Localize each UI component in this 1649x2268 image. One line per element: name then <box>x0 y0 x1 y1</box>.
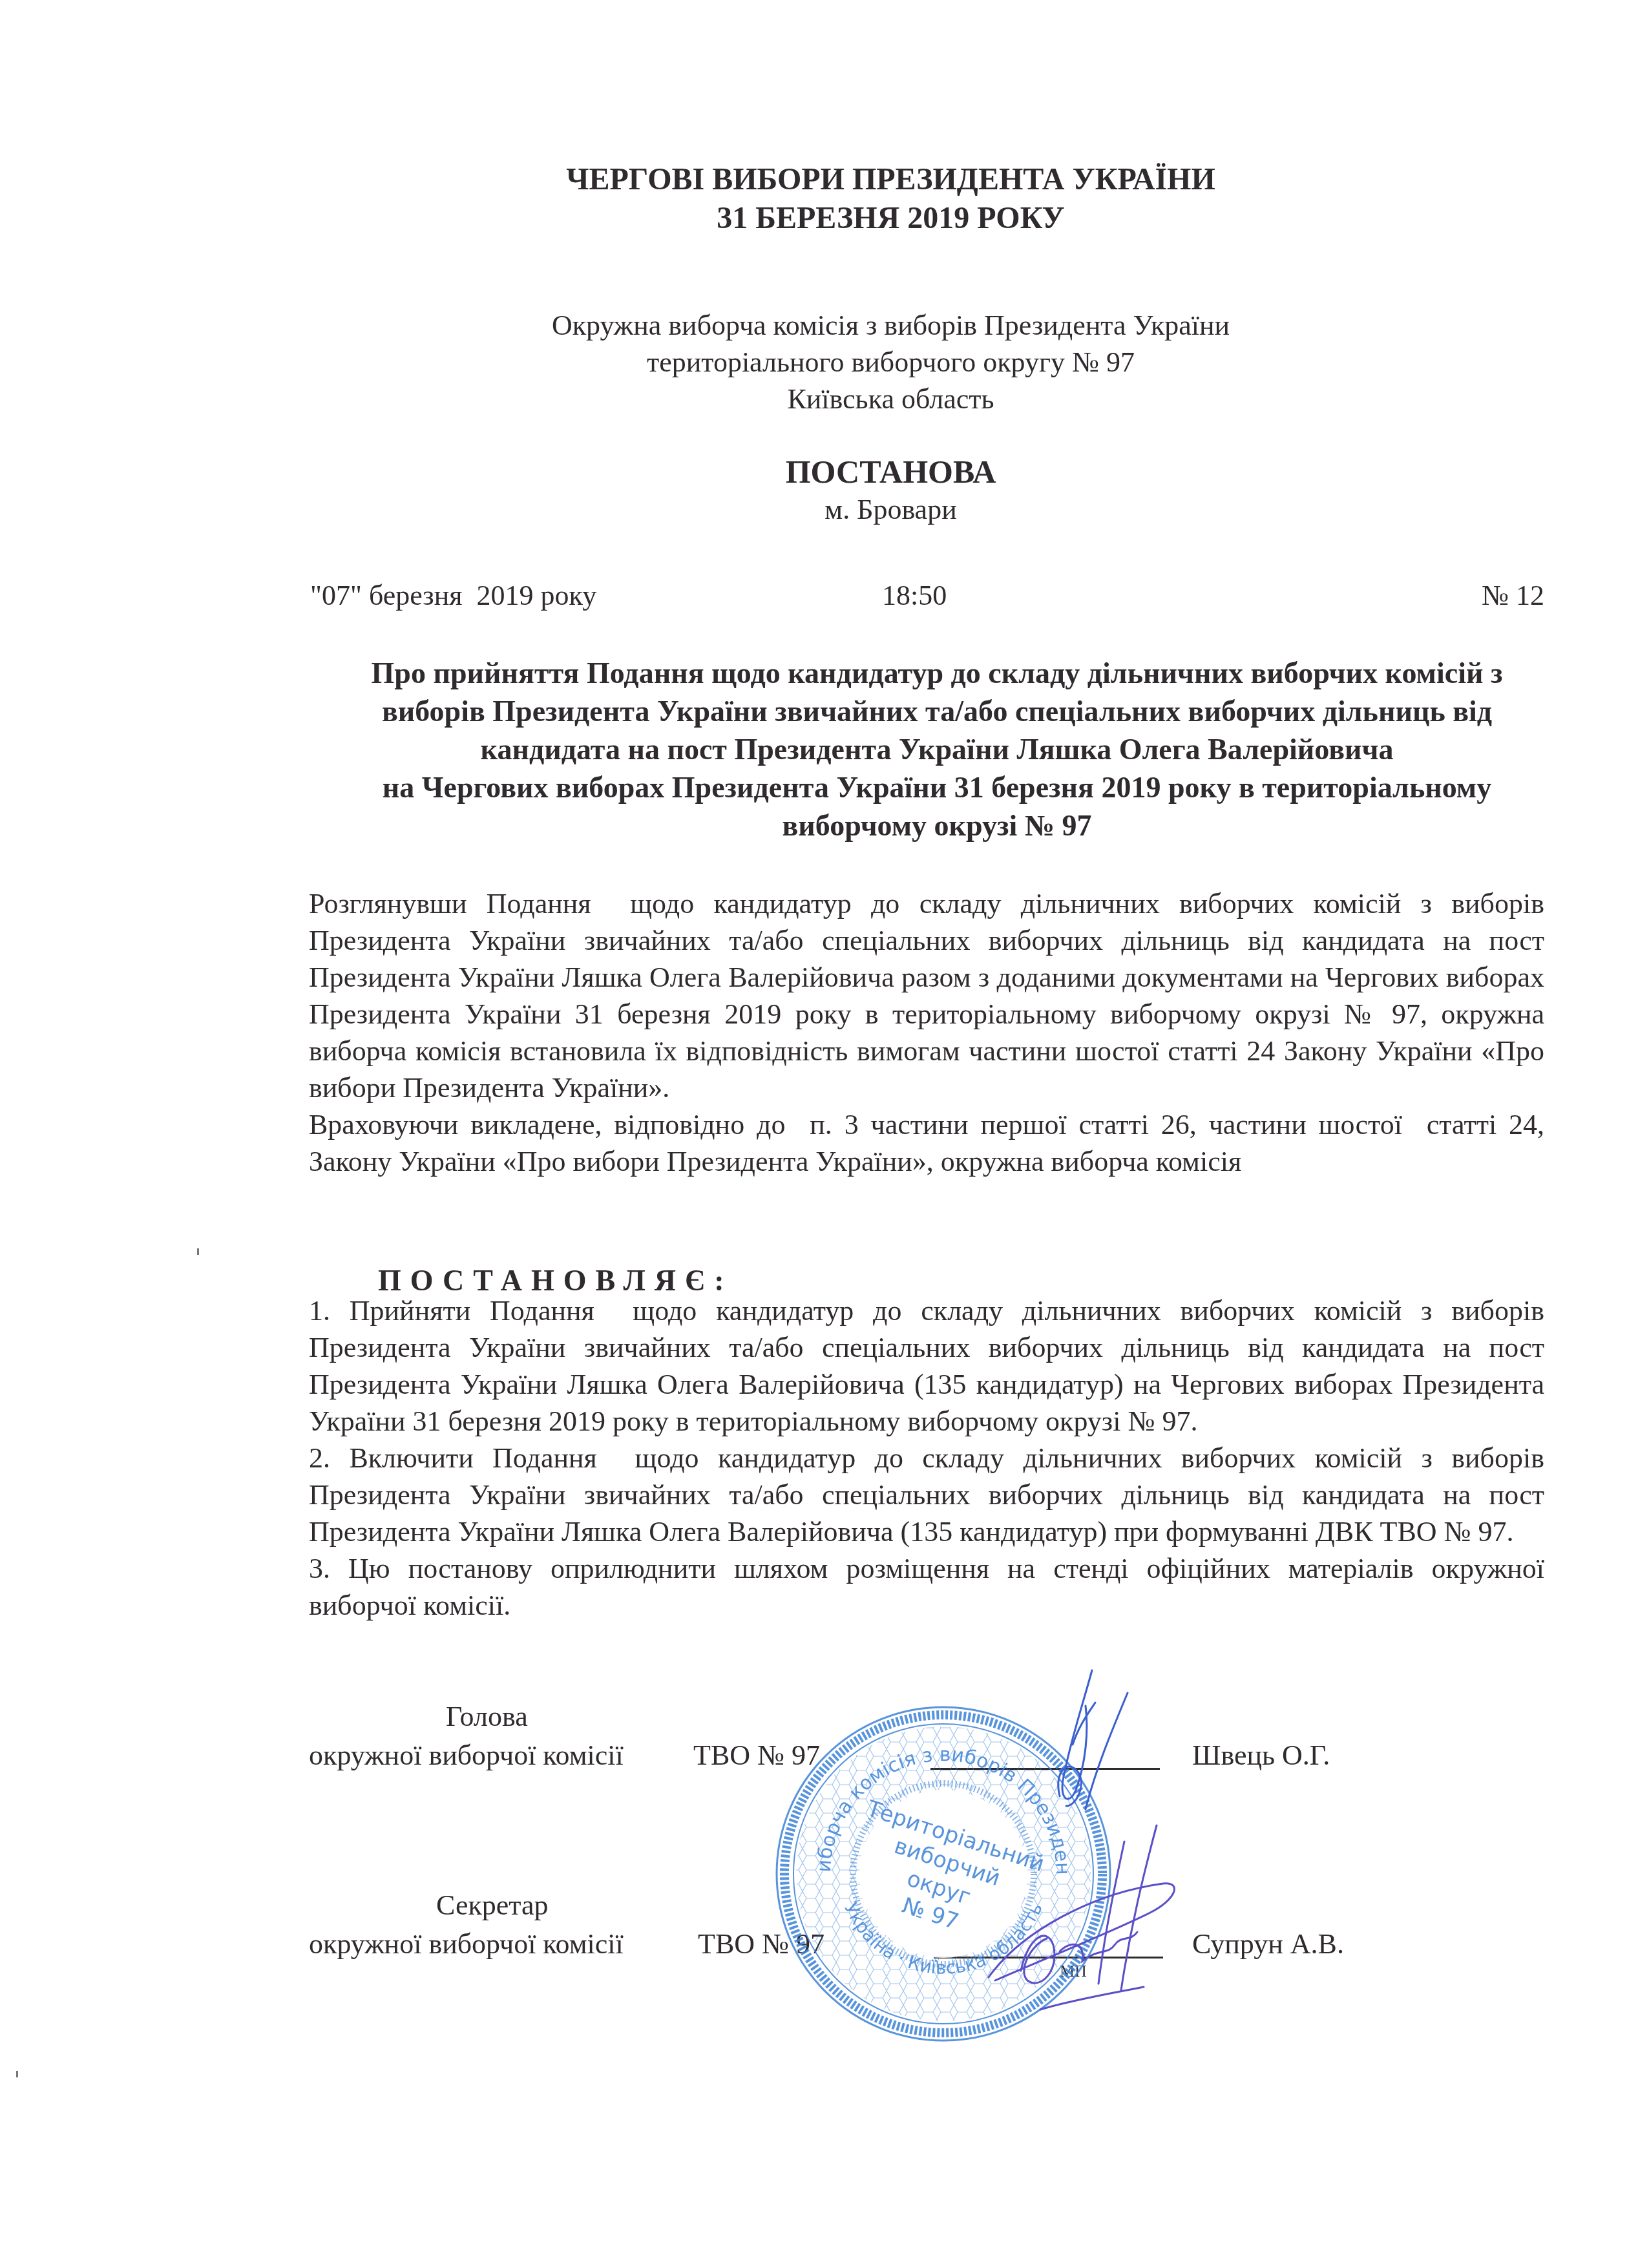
stamp-seal-icon: Окружна виборча комісія з виборів Презид… <box>769 1699 1118 2048</box>
scan-mark <box>197 1248 199 1255</box>
subject-line3: кандидата на пост Президента України Ляш… <box>304 730 1570 768</box>
document-city: м. Бровари <box>0 491 1649 528</box>
secretary-name: Супрун А.В. <box>1192 1926 1344 1962</box>
secretary-title: Секретар <box>436 1887 549 1924</box>
commission-line3: Київська область <box>132 381 1649 417</box>
document-type: ПОСТАНОВА <box>0 452 1649 491</box>
scan-mark <box>16 2071 18 2077</box>
commission-name: Окружна виборча комісія з виборів Презид… <box>0 307 1649 417</box>
preamble-paragraph-2: Враховуючи викладене, відповідно до п. 3… <box>309 1106 1544 1180</box>
official-stamp: Окружна виборча комісія з виборів Презид… <box>769 1699 1118 2048</box>
resolutions-list: 1. Прийняти Подання щодо кандидатур до с… <box>309 1292 1544 1624</box>
election-title-line1: ЧЕРГОВІ ВИБОРИ ПРЕЗИДЕНТА УКРАЇНИ <box>132 160 1649 199</box>
election-title-line2: 31 БЕРЕЗНЯ 2019 РОКУ <box>132 199 1649 238</box>
subject-line4: на Чергових виборах Президента України 3… <box>304 768 1570 806</box>
subject-line1: Про прийняття Подання щодо кандидатур до… <box>304 654 1570 692</box>
resolution-item-3: 3. Цю постанову оприлюднити шляхом розмі… <box>309 1550 1544 1624</box>
commission-line2: територіального виборчого округу № 97 <box>132 344 1649 381</box>
subject-line5: виборчому окрузі № 97 <box>304 806 1570 845</box>
resolution-item-1: 1. Прийняти Подання щодо кандидатур до с… <box>309 1292 1544 1440</box>
subject-line2: виборів Президента України звичайних та/… <box>304 692 1570 730</box>
commission-line1: Окружна виборча комісія з виборів Презид… <box>132 307 1649 344</box>
document-time: 18:50 <box>882 577 947 614</box>
document-number: № 12 <box>1482 577 1544 614</box>
chair-title: Голова <box>446 1698 528 1735</box>
document-subject: Про прийняття Подання щодо кандидатур до… <box>304 654 1570 845</box>
document-date: "07" березня 2019 року <box>310 577 596 614</box>
chair-name: Швець О.Г. <box>1192 1737 1330 1774</box>
resolution-item-2: 2. Включити Подання щодо кандидатур до с… <box>309 1440 1544 1550</box>
preamble-paragraph-1: Розглянувши Подання щодо кандидатур до с… <box>309 885 1544 1106</box>
chair-org: окружної виборчої комісії <box>309 1737 624 1774</box>
election-title: ЧЕРГОВІ ВИБОРИ ПРЕЗИДЕНТА УКРАЇНИ 31 БЕР… <box>0 160 1649 238</box>
preamble: Розглянувши Подання щодо кандидатур до с… <box>309 885 1544 1180</box>
secretary-org: окружної виборчої комісії <box>309 1926 624 1962</box>
